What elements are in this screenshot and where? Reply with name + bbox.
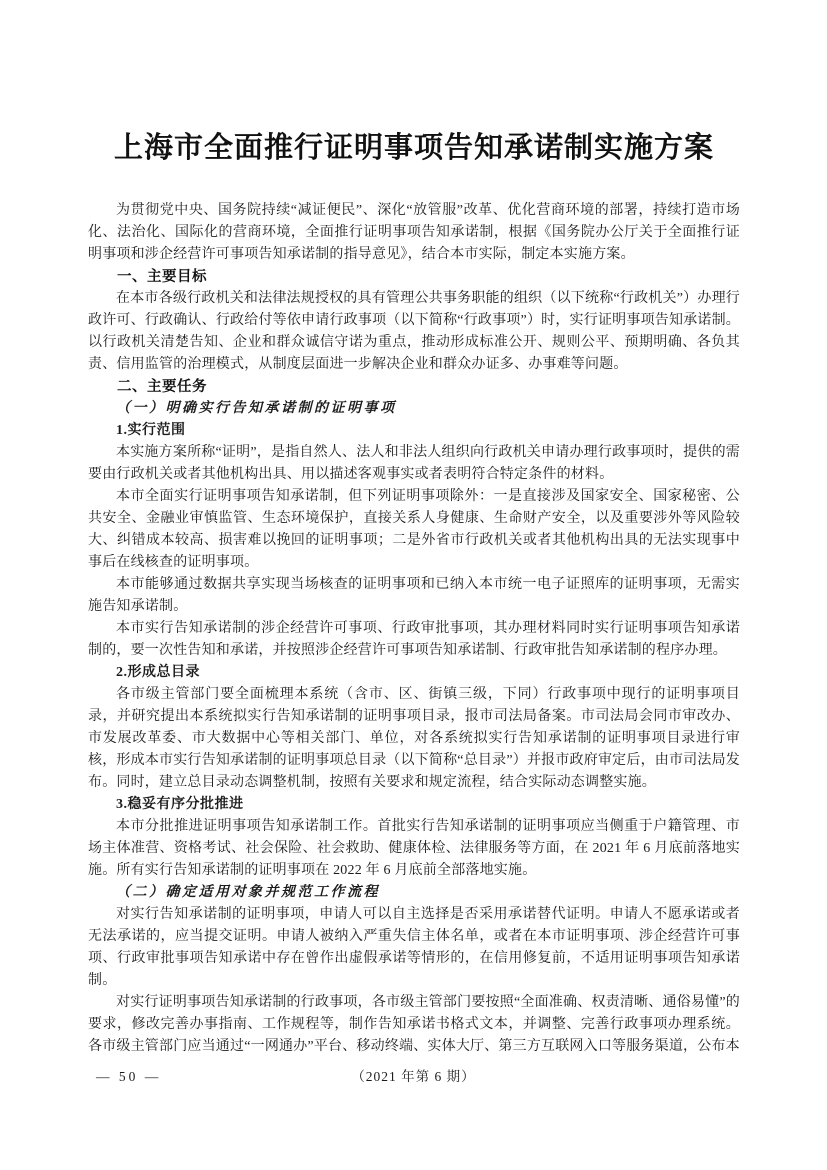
body-paragraph: 为贯彻党中央、国务院持续“减证便民”、深化“放管服”改革、优化营商环境的部署，持… — [88, 200, 740, 266]
numbered-heading: 2.形成总目录 — [88, 662, 740, 684]
body-paragraph: 本市全面实行证明事项告知承诺制，但下列证明事项除外：一是直接涉及国家安全、国家秘… — [88, 486, 740, 574]
subsection-heading-kai: （二）确定适用对象并规范工作流程 — [88, 882, 740, 904]
section-heading: 一、主要目标 — [88, 266, 740, 288]
gazette-page: 上海市全面推行证明事项告知承诺制实施方案 为贯彻党中央、国务院持续“减证便民”、… — [0, 0, 827, 1170]
numbered-heading: 3.稳妥有序分批推进 — [88, 794, 740, 816]
body-paragraph: 本市分批推进证明事项告知承诺制工作。首批实行告知承诺制的证明事项应当侧重于户籍管… — [88, 816, 740, 882]
body-paragraph: 本实施方案所称“证明”，是指自然人、法人和非法人组织向行政机关申请办理行政事项时… — [88, 442, 740, 486]
document-body: 为贯彻党中央、国务院持续“减证便民”、深化“放管服”改革、优化营商环境的部署，持… — [88, 200, 740, 1058]
document-content: 上海市全面推行证明事项告知承诺制实施方案 为贯彻党中央、国务院持续“减证便民”、… — [88, 0, 740, 1058]
subsection-heading-kai: （一）明确实行告知承诺制的证明事项 — [88, 398, 740, 420]
body-paragraph: 对实行告知承诺制的证明事项，申请人可以自主选择是否采用承诺替代证明。申请人不愿承… — [88, 904, 740, 992]
document-title: 上海市全面推行证明事项告知承诺制实施方案 — [88, 130, 740, 166]
body-paragraph: 本市实行告知承诺制的涉企经营许可事项、行政审批事项，其办理材料同时实行证明事项告… — [88, 618, 740, 662]
body-paragraph: 本市能够通过数据共享实现当场核查的证明事项和已纳入本市统一电子证照库的证明事项，… — [88, 574, 740, 618]
numbered-heading: 1.实行范围 — [88, 420, 740, 442]
body-paragraph: 对实行证明事项告知承诺制的行政事项，各市级主管部门要按照“全面准确、权责清晰、通… — [88, 992, 740, 1058]
section-heading: 二、主要任务 — [88, 376, 740, 398]
body-paragraph: 在本市各级行政机关和法律法规授权的具有管理公共事务职能的组织（以下统称“行政机关… — [88, 288, 740, 376]
body-paragraph: 各市级主管部门要全面梳理本系统（含市、区、街镇三级，下同）行政事项中现行的证明事… — [88, 684, 740, 794]
page-footer: — 50 — （2021 年第 6 期） — [0, 1066, 827, 1088]
footer-issue-label: （2021 年第 6 期） — [0, 1066, 827, 1088]
